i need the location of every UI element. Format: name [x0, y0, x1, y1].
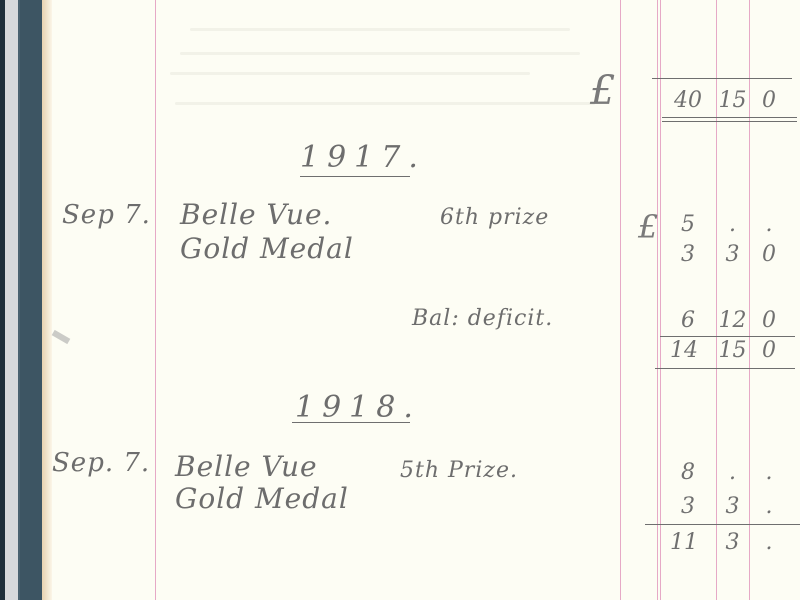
amount-pounds: 8 [660, 460, 716, 485]
year-underline [292, 422, 410, 423]
amount-pence: . [749, 212, 789, 237]
total-shillings: 3 [716, 530, 749, 555]
pound-symbol: £ [638, 208, 659, 246]
entry-date: Sep 7. [62, 200, 151, 230]
sum-line [660, 336, 795, 337]
total-double-underline [662, 121, 797, 122]
entry-venue: Belle Vue. [180, 198, 332, 231]
amount-pounds: 3 [660, 242, 716, 267]
amount-shillings: . [716, 460, 749, 485]
bleed-through-mark [180, 52, 580, 55]
amount-pounds: 3 [660, 494, 716, 519]
entry-venue: Belle Vue [175, 450, 318, 483]
total-pounds: 14 [656, 338, 712, 363]
amount-pence: 0 [749, 308, 789, 333]
year-heading-1918: 1918. [295, 390, 421, 425]
bleed-through-mark [170, 72, 530, 75]
total-underline [662, 117, 797, 118]
bleed-through-mark [190, 28, 570, 31]
column-rule [657, 0, 658, 600]
bleed-through-mark [175, 102, 595, 105]
total-overline [652, 78, 792, 79]
total-pence: 0 [749, 338, 789, 363]
year-heading-1917: 1917. [300, 140, 426, 175]
margin-rule [155, 0, 156, 600]
amount-pounds: 6 [660, 308, 716, 333]
column-rule [620, 0, 621, 600]
year-underline [300, 176, 410, 177]
total-shillings: 15 [716, 338, 749, 363]
balance-note: Bal: deficit. [412, 306, 553, 331]
total-pounds: 11 [656, 530, 712, 555]
carried-pounds: 40 [660, 88, 716, 113]
entry-item: Gold Medal [180, 232, 354, 265]
page-gutter [42, 0, 52, 600]
entry-prize: 6th prize [440, 205, 549, 230]
carried-shillings: 15 [716, 88, 749, 113]
amount-pence: 0 [749, 242, 789, 267]
pound-symbol: £ [590, 68, 616, 114]
carried-pence: 0 [749, 88, 789, 113]
amount-pounds: 5 [660, 212, 716, 237]
total-underline [655, 368, 795, 369]
total-pence: . [749, 530, 789, 555]
binding-edge [0, 0, 5, 600]
sum-line [645, 524, 800, 525]
entry-item: Gold Medal [175, 482, 349, 515]
entry-date: Sep. 7. [52, 448, 150, 478]
amount-pence: . [749, 494, 789, 519]
amount-shillings: . [716, 212, 749, 237]
entry-prize: 5th Prize. [400, 458, 518, 483]
binding-cloth [18, 0, 44, 600]
amount-shillings: 3 [716, 242, 749, 267]
amount-shillings: 3 [716, 494, 749, 519]
amount-pence: . [749, 460, 789, 485]
amount-shillings: 12 [716, 308, 749, 333]
